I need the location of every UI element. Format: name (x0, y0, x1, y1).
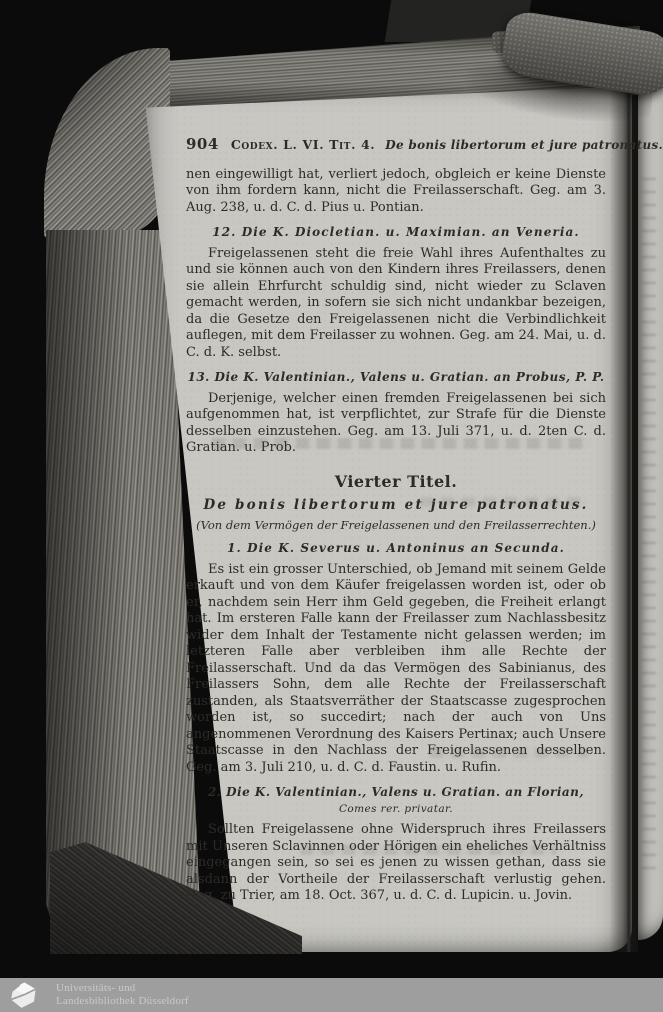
library-name-line1: Universitäts- und (56, 982, 189, 995)
running-title: De bonis libertorum et jure patronatus. (385, 137, 663, 154)
paragraph-13: Derjenige, welcher einen fremden Freigel… (186, 391, 606, 457)
page-number: 904 (186, 136, 219, 153)
paragraph-continued: nen eingewilligt hat, verliert jedoch, o… (186, 167, 606, 217)
section-heading-1: 1. Die K. Severus u. Antoninus an Secund… (186, 540, 606, 557)
page-text-column: 904 Codex. L. VI. Tit. 4. De bonis liber… (186, 136, 606, 913)
title-heading: Vierter Titel. (186, 474, 606, 491)
running-header: 904 Codex. L. VI. Tit. 4. De bonis liber… (186, 136, 606, 154)
section-heading-2: 2. Die K. Valentinian., Valens u. Gratia… (186, 784, 606, 817)
facing-page-text-blur (642, 178, 656, 878)
library-logo-icon (7, 980, 41, 1010)
paragraph-12: Freigelassenen steht die freie Wahl ihre… (186, 246, 606, 362)
library-name-line2: Landesbibliothek Düsseldorf (56, 995, 189, 1008)
paragraph-1: Es ist ein grosser Unterschied, ob Jeman… (186, 562, 606, 777)
title-latin: De bonis libertorum et jure patronatus. (186, 497, 606, 514)
section-heading-13: 13. Die K. Valentinian., Valens u. Grati… (186, 369, 606, 386)
book-scan-photo: 904 Codex. L. VI. Tit. 4. De bonis liber… (0, 0, 663, 1012)
facing-page-edge (638, 88, 663, 940)
title-german-translation: (Von dem Vermögen der Freigelassenen und… (186, 517, 606, 534)
book-gutter (610, 86, 638, 952)
library-banner: Universitäts- und Landesbibliothek Düsse… (0, 978, 663, 1012)
paragraph-2: Sollten Freigelassene ohne Widerspruch i… (186, 822, 606, 905)
section-heading-2-line2: Comes rer. privatar. (186, 801, 606, 818)
section-heading-12: 12. Die K. Diocletian. u. Maximian. an V… (186, 224, 606, 241)
section-heading-2-line1: 2. Die K. Valentinian., Valens u. Gratia… (208, 785, 584, 799)
codex-reference: Codex. L. VI. Tit. 4. (231, 137, 375, 154)
library-name: Universitäts- und Landesbibliothek Düsse… (56, 982, 189, 1008)
